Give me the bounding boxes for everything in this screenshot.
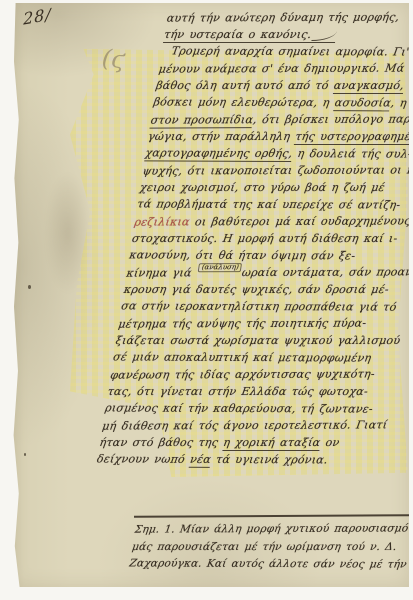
- underlined-text: χαρτογραφημένης ορθής,: [144, 146, 293, 161]
- manuscript-line: ρισμένος καί τήν καθαρεύουσα, τή ζωντανε…: [104, 399, 385, 417]
- handwritten-text: ωραία οντάματα, σάν προανά-: [241, 265, 413, 279]
- manuscript-line: τήν υστεραία ο κανόνις.: [163, 26, 413, 43]
- manuscript-line: γώγια, στήν παράλληλη τής υστερογραφημέν…: [147, 128, 413, 145]
- underlined-text: στον προσωπίδια: [150, 113, 255, 128]
- handwritten-text: χειροι χωρισμοί, στο γύρω βοά η ζωή μέ: [139, 181, 386, 194]
- manuscript-line: βάθος όλη αυτή αυτό από τό αναγκασμό, υπ…: [155, 77, 413, 94]
- handwritten-text: μένουν ανάμεσα σ' ένα δημιουργικό. Μά στ…: [158, 61, 413, 75]
- handwritten-text: ήταν στό βάθος της: [99, 436, 225, 449]
- handwritten-text: η δουλειά τής συλ-: [291, 147, 413, 161]
- manuscript-line: σέ μιάν αποκαλυπτική καί μεταμορφωμένη: [112, 348, 393, 366]
- manuscript-line: μένουν ανάμεσα σ' ένα δημιουργικό. Μά στ…: [158, 59, 413, 77]
- ink-speck: [28, 285, 31, 289]
- ink-speck: [24, 453, 26, 456]
- manuscript-line: ρεζιλίκια οι βαθύτεροι μά καί ουδαρχημέν…: [133, 212, 413, 230]
- handwritten-text: τά υγιεινά χρόνια.: [210, 453, 329, 467]
- handwritten-text: ξιάζεται σωστά χωρίσματα ψυχικού γαλλισμ…: [115, 334, 402, 347]
- handwritten-text: βάθος όλη αυτή αυτό από τό: [155, 79, 335, 92]
- manuscript-line: ξιάζεται σωστά χωρίσματα ψυχικού γαλλισμ…: [114, 332, 395, 349]
- handwritten-text: Τρομερή αναρχία σημαίνει αμορφία. Γι' αυ…: [171, 44, 413, 58]
- handwritten-text: γώγια, στήν παράλληλη: [147, 130, 296, 143]
- handwritten-text: ρισμένος καί τήν καθαρεύουσα, τή ζωντανε…: [104, 401, 374, 415]
- manuscript-line: βόσκει μόνη ελευθερώτερα, η ασυδοσία, η …: [152, 93, 413, 111]
- underlined-text: νέα: [189, 453, 212, 468]
- manuscript-line: ήταν στό βάθος της η χορική αταξία ον: [98, 434, 379, 451]
- handwritten-text: μή διάθεση καί τός άγονο ιεροτελεστικό. …: [101, 418, 388, 432]
- manuscript-line: δείχνουν νωπό νέα τά υγιεινά χρόνια.: [96, 450, 377, 468]
- handwritten-text: αυτή τήν ανώτερη δύναμη τής μορφής,: [166, 11, 400, 25]
- footnote-separator-rule: [134, 514, 412, 517]
- underlined-text: αναγκασμό,: [333, 79, 405, 94]
- underlined-text: τήν υστεραία ο κανόνις.: [163, 28, 337, 43]
- footnote-line: Σημ. 1. Μίαν άλλη μορφή χυτικού παρουσια…: [133, 520, 413, 539]
- scanned-manuscript-screenshot: { "document": { "kind": "handwritten man…: [0, 0, 413, 600]
- manuscript-line: στοχαστικούς. Η μορφή αυτή διάθεση καί ι…: [131, 230, 412, 247]
- manuscript-line: χαρτογραφημένης ορθής, η δουλειά τής συλ…: [144, 144, 413, 162]
- interlinear-insertion: (ανάλυση): [198, 263, 242, 272]
- handwritten-text: βόσκει μόνη ελευθερώτερα, η: [153, 95, 336, 109]
- handwritten-text: ψυχής, ότι ικανοποιείται ζωδοποιούνται ο…: [142, 163, 413, 177]
- handwritten-text: δείχνουν νωπό: [96, 452, 191, 465]
- manuscript-line: κρουση γιά δαυτές ψυχικές, σάν δροσιά μέ…: [123, 281, 404, 298]
- handwritten-text: μέτρημα τής ανύψης τής ποιητικής πύρα-: [117, 317, 367, 331]
- underlined-text: τής υστερογραφημένης καί: [294, 130, 413, 145]
- manuscript-line: αυτή τήν ανώτερη δύναμη τής μορφής,: [166, 8, 413, 26]
- manuscript-line: μέτρημα τής ανύψης τής ποιητικής πύρα-: [117, 314, 398, 332]
- handwritten-text: στοχαστικούς. Η μορφή αυτή διάθεση καί ι…: [131, 232, 399, 245]
- handwritten-text: κρουση γιά δαυτές ψυχικές, σάν δροσιά μέ…: [123, 283, 390, 296]
- handwritten-text: σα στήν ιεροκαντηλίστικη προσπάθεια γιά …: [120, 299, 397, 313]
- red-ink-word: ρεζιλίκια: [134, 215, 191, 228]
- handwritten-text: υπο-: [403, 79, 413, 92]
- handwritten-text: κίνημα γιά: [126, 266, 199, 279]
- handwritten-text: φανέρωση τής ιδίας αρχόντισσας ψυχικότη-: [109, 367, 375, 381]
- paper-sheet: 28/ (ϛ αυτή τήν ανώτερη δύναμη τής μορφή…: [10, 3, 409, 587]
- manuscript-line: φανέρωση τής ιδίας αρχόντισσας ψυχικότη-: [109, 365, 390, 383]
- handwritten-text: , ότι βρίσκει υπόλογο παρα-: [252, 112, 413, 126]
- manuscript-line: τά προβλήματά της καί υπερείχε σέ αντίζη…: [136, 195, 413, 213]
- handwritten-text: , η: [390, 96, 413, 109]
- handwritten-text: τας, ότι γίνεται στήν Ελλάδα τώς φωτοχα-: [107, 385, 369, 398]
- manuscript-line: κίνημα γιά (ανάλυση)ωραία οντάματα, σάν …: [125, 263, 406, 281]
- footnote-line: Ζαχαρούγκα. Καί αυτός άλλοτε σάν νέος μέ…: [128, 555, 413, 574]
- footnote-line: μάς παρουσιάζεται μέ τήν ωρίμανση τού ν.…: [131, 539, 413, 557]
- manuscript-line: χειροι χωρισμοί, στο γύρω βοά η ζωή μέ: [139, 179, 413, 196]
- manuscript-line: Τρομερή αναρχία σημαίνει αμορφία. Γι' αυ…: [160, 42, 413, 60]
- handwritten-text: κανοσύνη, ότι θά ήταν όψιμη σάν ξε-: [128, 248, 356, 262]
- manuscript-line: κανοσύνη, ότι θά ήταν όψιμη σάν ξε-: [128, 246, 409, 264]
- underlined-text: ασυδοσία: [334, 96, 392, 111]
- manuscript-line: μή διάθεση καί τός άγονο ιεροτελεστικό. …: [101, 416, 382, 434]
- handwritten-text: σέ μιάν αποκαλυπτική καί μεταμορφωμένη: [112, 350, 372, 364]
- manuscript-line: ψυχής, ότι ικανοποιείται ζωδοποιούνται ο…: [141, 161, 413, 179]
- manuscript-line: τας, ότι γίνεται στήν Ελλάδα τώς φωτοχα-: [106, 383, 387, 400]
- underlined-text: η χορική αταξία: [222, 436, 321, 451]
- page-number: 28/: [23, 4, 51, 28]
- manuscript-line: σα στήν ιεροκαντηλίστικη προσπάθεια γιά …: [120, 297, 401, 315]
- handwritten-text: ον: [319, 436, 340, 449]
- manuscript-line: στον προσωπίδια, ότι βρίσκει υπόλογο παρ…: [149, 110, 413, 128]
- footnote-text-block: Σημ. 1. Μίαν άλλη μορφή χυτικού παρουσια…: [128, 521, 413, 574]
- margin-pencil-mark: (ϛ: [101, 44, 127, 74]
- handwritten-text: οι βαθύτεροι μά καί ουδαρχημένους: [189, 214, 412, 228]
- handwritten-text: τά προβλήματά της καί υπερείχε σέ αντίζη…: [136, 197, 401, 211]
